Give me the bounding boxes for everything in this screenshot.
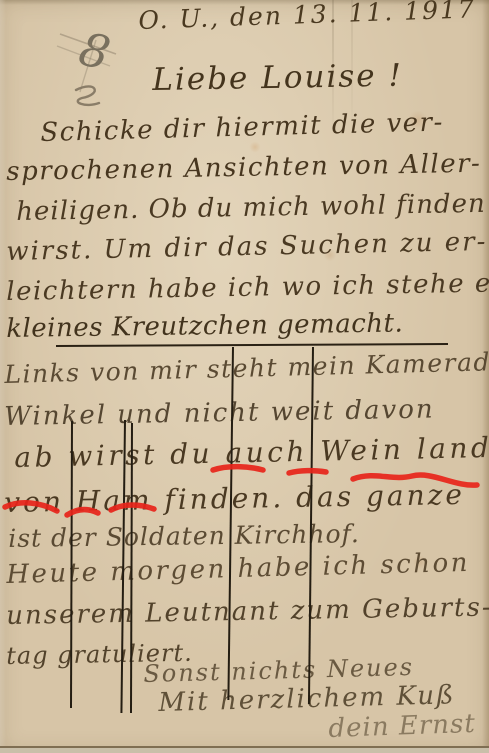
paper-bottom-edge — [0, 746, 489, 753]
red-underline-auch — [213, 467, 263, 470]
postcard: 8 O. U., den 13. 11. 1917 Liebe Louise !… — [0, 0, 489, 753]
red-underline-marks — [0, 0, 489, 753]
red-underline-am — [111, 505, 154, 510]
red-underline-wein — [289, 471, 326, 473]
red-underline-von — [5, 503, 57, 511]
red-underline-land — [353, 475, 477, 485]
red-underline-h — [67, 509, 98, 515]
